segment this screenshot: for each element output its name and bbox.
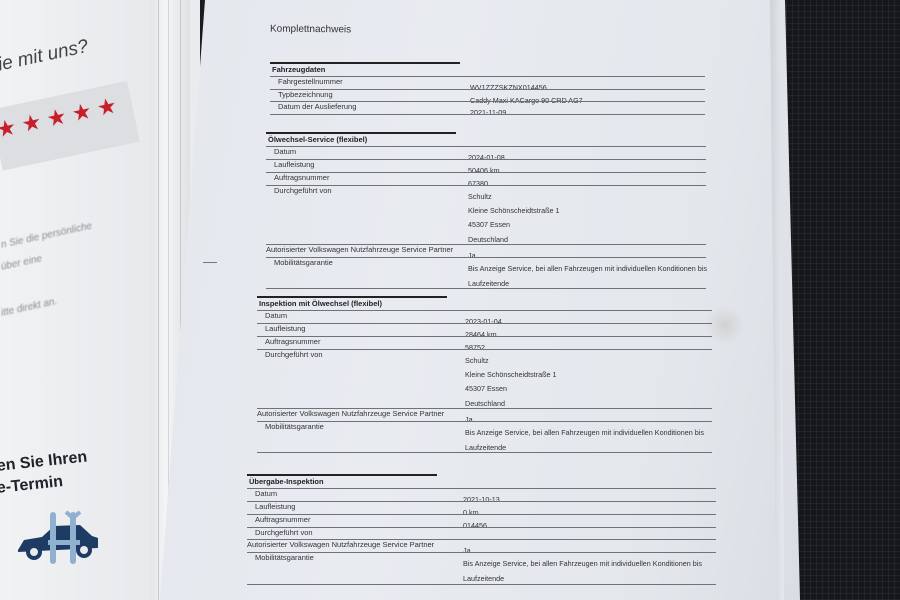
row-value: WV1ZZZSKZNX014456 [470, 83, 547, 92]
row-label: Laufleistung [255, 502, 295, 511]
row-label: Datum [274, 147, 296, 156]
row-value: Bis Anzeige Service, bei allen Fahrzeuge… [468, 264, 707, 273]
row-value: 28464 km [465, 330, 497, 339]
row-divider [257, 452, 712, 453]
row-divider [247, 584, 716, 585]
row-divider [270, 114, 705, 115]
row-divider [266, 172, 706, 173]
stray-mark [203, 262, 217, 263]
row-value: Ja [465, 415, 473, 424]
row-label: Datum der Auslieferung [278, 102, 356, 111]
row-value: 67380 [468, 179, 488, 188]
row-value: Deutschland [465, 399, 505, 408]
row-label: Typbezeichnung [278, 90, 333, 99]
row-value: Bis Anzeige Service, bei allen Fahrzeuge… [463, 559, 702, 568]
row-value: 50406 km [468, 166, 500, 175]
section-title: Ölwechsel-Service (flexibel) [268, 135, 367, 144]
row-value: Caddy Maxi KACargo 90 CRD AG7 [470, 96, 583, 105]
row-value: Laufzeitende [468, 279, 509, 288]
row-value: Bis Anzeige Service, bei allen Fahrzeuge… [465, 428, 704, 437]
row-value: Deutschland [468, 235, 508, 244]
row-label: Auftragsnummer [265, 337, 320, 346]
row-value: 2023-01-04 [465, 317, 502, 326]
section-rule [247, 474, 437, 476]
row-label: Autorisierter Volkswagen Nutzfahrzeuge S… [247, 540, 434, 549]
section-title: Fahrzeugdaten [272, 65, 325, 74]
row-divider [266, 159, 706, 160]
section-rule [270, 62, 460, 64]
row-label: Laufleistung [274, 160, 314, 169]
section-rule [266, 132, 456, 134]
row-divider [266, 146, 706, 147]
row-label: Durchgeführt von [265, 350, 323, 359]
row-divider [247, 514, 716, 515]
row-value: 014456 [463, 521, 487, 530]
fabric-background [780, 0, 900, 600]
row-label: Mobilitätsgarantie [265, 422, 324, 431]
row-divider [257, 336, 712, 337]
row-label: Auftragsnummer [255, 515, 310, 524]
row-label: Durchgeführt von [255, 528, 313, 537]
row-value: Kleine Schönscheidtstraße 1 [465, 370, 557, 379]
row-value: 45307 Essen [468, 220, 510, 229]
row-label: Autorisierter Volkswagen Nutzfahrzeuge S… [257, 409, 444, 418]
row-value: 0 km [463, 508, 479, 517]
row-divider [270, 89, 705, 90]
document-title: Komplettnachweis [270, 24, 351, 36]
row-label: Durchgeführt von [274, 186, 332, 195]
row-label: Datum [265, 311, 287, 320]
row-divider [247, 527, 716, 528]
row-value: Kleine Schönscheidtstraße 1 [468, 206, 560, 215]
row-value: Ja [463, 546, 471, 555]
row-label: Mobilitätsgarantie [255, 553, 314, 562]
row-divider [266, 288, 706, 289]
row-value: 45307 Essen [465, 384, 507, 393]
row-value: Schultz [465, 356, 489, 365]
row-value: 2021-10-13 [463, 495, 500, 504]
row-value: Schultz [468, 192, 492, 201]
row-value: 58752 [465, 343, 485, 352]
row-divider [247, 552, 716, 553]
row-divider [266, 185, 706, 186]
row-value: Ja [468, 251, 476, 260]
row-label: Laufleistung [265, 324, 305, 333]
row-value: 2021-11-09 [470, 108, 506, 117]
row-value: Laufzeitende [463, 574, 504, 583]
row-label: Mobilitätsgarantie [274, 258, 333, 267]
row-value: Laufzeitende [465, 443, 506, 452]
row-divider [247, 488, 716, 489]
car-service-icon [14, 510, 102, 570]
row-label: Datum [255, 489, 277, 498]
row-value: 2024-01-08 [468, 153, 505, 162]
row-divider [247, 501, 716, 502]
row-divider [257, 323, 712, 324]
row-divider [257, 310, 712, 311]
row-label: Auftragsnummer [274, 173, 329, 182]
row-label: Fahrgestellnummer [278, 77, 343, 86]
section-title: Übergabe-Inspektion [249, 477, 324, 486]
row-divider [257, 421, 712, 422]
section-rule [257, 296, 447, 298]
section-title: Inspektion mit Ölwechsel (flexibel) [259, 299, 382, 308]
row-label: Autorisierter Volkswagen Nutzfahrzeuge S… [266, 245, 453, 254]
page-smudge [705, 305, 745, 345]
row-divider [257, 349, 712, 350]
